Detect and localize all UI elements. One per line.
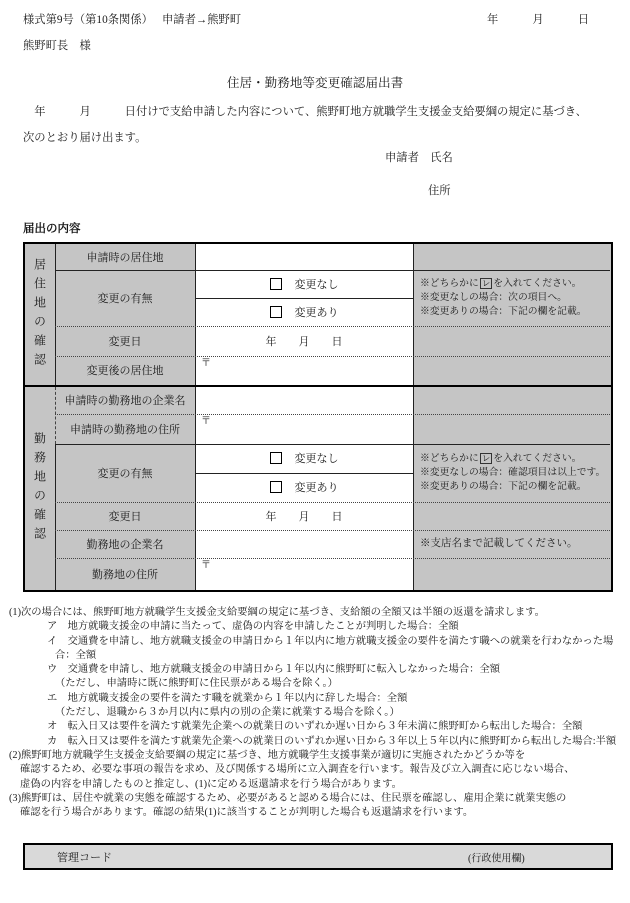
workplace-change-label: 変更の有無 [55, 465, 195, 481]
intro-line-1: 年 月 日付けで支給申請した内容について、熊野町地方就職学生支援金支給要綱の規定… [23, 106, 587, 119]
footnote-line: ア 地方就職支援金の申請に当たって、虚偽の内容を申請したことが判明した場合：全額 [47, 620, 630, 634]
footnote-line: （ただし、退職から３か月以内に県内の別の企業に就業する場合を除く。） [55, 706, 630, 720]
residence-changed-option: 変更あり [195, 304, 413, 320]
residence-change-date-placeholder: 年 月 日 [195, 333, 413, 349]
residence-changed-label: 変更あり [295, 304, 339, 320]
footnote-line: (2)熊野町地方就職学生支援金支給要綱の規定に基づき、地方就職学生支援事業が適切… [9, 749, 630, 763]
workplace-changed-checkbox[interactable] [270, 481, 282, 493]
workplace-nochange-checkbox[interactable] [270, 452, 282, 464]
applicant-address-label: 住所 [428, 185, 451, 198]
footnote-line: オ 転入日又は要件を満たす就業先企業への就業日のいずれか遅い日から３年未満に熊野… [47, 720, 630, 734]
workplace-company-note: ※支店名まで記載してください。 [420, 537, 578, 551]
footnote-line: (3)熊野町は、居住や就業の実態を確認するため、必要があると認める場合には、住民… [9, 792, 630, 806]
boxed-check-glyph: レ [480, 453, 493, 464]
workplace-address-apply-input[interactable] [195, 414, 413, 444]
residence-nochange-option: 変更なし [195, 276, 413, 292]
residence-new-address-label: 変更後の居住地 [55, 362, 195, 378]
residence-change-date-label: 変更日 [55, 333, 195, 349]
footnote-line: カ 転入日又は要件を満たす就業先企業への就業日のいずれか遅い日から３年以上５年以… [47, 735, 630, 749]
section-heading: 届出の内容 [23, 220, 81, 236]
intro-line-2: 次のとおり届け出ます。 [23, 132, 146, 145]
footnote-line: 確認を行う場合があります。確認の結果(1)に該当することが判明した場合も返還請求… [20, 806, 630, 820]
workplace-company-apply-input[interactable] [195, 387, 413, 414]
residence-note-2: ※変更なしの場合：次の項目へ。 [420, 291, 587, 305]
residence-changed-checkbox[interactable] [270, 306, 282, 318]
workplace-section-header: 勤務地の確認 [25, 387, 55, 590]
footnote-line: ウ 交通費を申請し、地方就職支援金の申請日から１年以内に熊野町に転入しなかった場… [47, 663, 630, 677]
workplace-address-label: 勤務地の住所 [55, 566, 195, 582]
residence-note-1a: ※どちらかに [420, 278, 479, 289]
postal-mark-workplace-apply: 〒 [201, 417, 211, 427]
footnote-line: （ただし、申請時に既に熊野町に住民票がある場合を除く。） [55, 677, 630, 691]
workplace-note-1a: ※どちらかに [420, 453, 479, 464]
residence-note-3: ※変更ありの場合：下記の欄を記載。 [420, 305, 587, 319]
workplace-nochange-label: 変更なし [295, 450, 339, 466]
workplace-change-date-label: 変更日 [55, 508, 195, 524]
residence-new-address-input[interactable] [195, 356, 413, 385]
admin-bar: 管理コード (行政使用欄) [23, 843, 613, 870]
section-divider [25, 385, 611, 387]
workplace-note-1b: を入れてください。 [493, 453, 581, 464]
footnote-line: イ 交通費を申請し、地方就職支援金の申請日から１年以内に地方就職支援金の要件を満… [47, 635, 630, 649]
workplace-note-3: ※変更ありの場合：下記の欄を記載。 [420, 480, 605, 494]
document-title: 住居・勤務地等変更確認届出書 [0, 72, 630, 91]
addressee: 熊野町長 様 [23, 40, 91, 53]
postal-mark-workplace: 〒 [201, 561, 211, 571]
workplace-note-2: ※変更なしの場合：確認項目は以上です。 [420, 466, 605, 480]
residence-change-label: 変更の有無 [55, 290, 195, 306]
workplace-change-notes: ※どちらかにレを入れてください。 ※変更なしの場合：確認項目は以上です。 ※変更… [420, 452, 605, 494]
residence-current-input[interactable] [195, 244, 413, 270]
postal-mark-residence: 〒 [201, 359, 211, 369]
residence-section-header: 居住地の確認 [25, 244, 55, 385]
form-page: 様式第9号（第10条関係） 申請者→熊野町 年 月 日 熊野町長 様 住居・勤務… [0, 0, 630, 903]
footnote-line: 確認するため、必要な事項の報告を求め、及び関係する場所に立入調査を行います。報告… [20, 763, 630, 777]
admin-code-label: 管理コード [57, 849, 112, 865]
footnote-line: 合：全額 [55, 649, 630, 663]
workplace-address-apply-label: 申請時の勤務地の住所 [55, 421, 195, 437]
header-date-month: 月 [532, 14, 543, 27]
residence-current-label: 申請時の居住地 [55, 249, 195, 265]
workplace-company-label: 勤務地の企業名 [55, 536, 195, 552]
workplace-nochange-option: 変更なし [195, 450, 413, 466]
footnote-line: (1)次の場合には、熊野町地方就職学生支援金支給要綱の規定に基づき、支給額の全額… [9, 606, 630, 620]
boxed-check-glyph: レ [480, 278, 493, 289]
workplace-changed-option: 変更あり [195, 479, 413, 495]
applicant-name-label: 申請者 氏名 [385, 152, 453, 165]
office-use-label: (行政使用欄) [468, 849, 525, 864]
residence-change-notes: ※どちらかにレを入れてください。 ※変更なしの場合：次の項目へ。 ※変更ありの場… [420, 277, 587, 319]
notification-table: 居住地の確認 勤務地の確認 申請時の居住地 変更の有無 変更日 変更後の居住地 … [23, 242, 613, 592]
workplace-changed-label: 変更あり [295, 479, 339, 495]
footnote-line: 虚偽の内容を申請したものと推定し、(1)に定める返還請求を行う場合があります。 [20, 778, 630, 792]
workplace-company-input[interactable] [195, 530, 413, 558]
workplace-change-date-placeholder: 年 月 日 [195, 508, 413, 524]
header-date-year: 年 [487, 14, 498, 27]
header-date-day: 日 [578, 14, 589, 27]
residence-nochange-label: 変更なし [295, 276, 339, 292]
footnote-line: エ 地方就職支援金の要件を満たす職を就業から１年以内に辞した場合：全額 [47, 692, 630, 706]
footnotes: (1)次の場合には、熊野町地方就職学生支援金支給要綱の規定に基づき、支給額の全額… [0, 606, 630, 820]
routing-label: 申請者→熊野町 [162, 14, 241, 27]
residence-note-1b: を入れてください。 [493, 278, 581, 289]
workplace-address-input[interactable] [195, 558, 413, 590]
residence-nochange-checkbox[interactable] [270, 278, 282, 290]
workplace-company-apply-label: 申請時の勤務地の企業名 [55, 392, 195, 408]
header-date: 年 月 日 [487, 14, 589, 27]
form-number: 様式第9号（第10条関係） [23, 14, 153, 27]
